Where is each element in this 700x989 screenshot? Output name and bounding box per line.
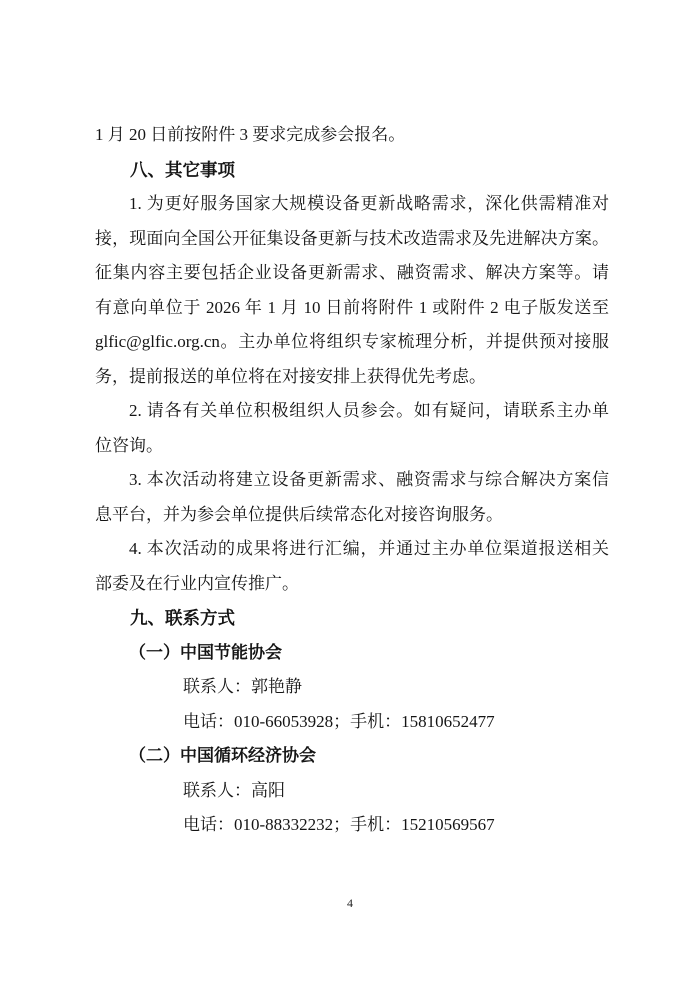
continuation-line: 1 月 20 日前按附件 3 要求完成参会报名。 xyxy=(95,118,609,153)
paragraph-1-line: 1. 为更好服务国家大规模设备更新战略需求，深化供需精准对 xyxy=(95,187,609,222)
page-number: 4 xyxy=(0,896,700,911)
contact-person: 联系人：郭艳静 xyxy=(95,670,609,705)
document-body: 1 月 20 日前按附件 3 要求完成参会报名。 八、其它事项 1. 为更好服务… xyxy=(95,118,609,843)
paragraph-1-line: 务，提前报送的单位将在对接安排上获得优先考虑。 xyxy=(95,360,609,395)
paragraph-2-line: 位咨询。 xyxy=(95,429,609,464)
paragraph-1-line: 征集内容主要包括企业设备更新需求、融资需求、解决方案等。请 xyxy=(95,256,609,291)
contact-org-name: （一）中国节能协会 xyxy=(95,636,609,671)
contact-phone: 电话：010-88332232；手机：15210569567 xyxy=(95,808,609,843)
paragraph-3-line: 息平台，并为参会单位提供后续常态化对接咨询服务。 xyxy=(95,498,609,533)
paragraph-4-line: 部委及在行业内宣传推广。 xyxy=(95,567,609,602)
contact-phone: 电话：010-66053928；手机：15810652477 xyxy=(95,705,609,740)
paragraph-3-line: 3. 本次活动将建立设备更新需求、融资需求与综合解决方案信 xyxy=(95,463,609,498)
document-page: 1 月 20 日前按附件 3 要求完成参会报名。 八、其它事项 1. 为更好服务… xyxy=(0,0,700,989)
paragraph-2-line: 2. 请各有关单位积极组织人员参会。如有疑问，请联系主办单 xyxy=(95,394,609,429)
contact-person: 联系人：高阳 xyxy=(95,774,609,809)
section-heading-other-matters: 八、其它事项 xyxy=(95,153,609,188)
section-heading-contact-info: 九、联系方式 xyxy=(95,601,609,636)
paragraph-1-line: glfic@glfic.org.cn。主办单位将组织专家梳理分析，并提供预对接服 xyxy=(95,325,609,360)
paragraph-1-line: 接，现面向全国公开征集设备更新与技术改造需求及先进解决方案。 xyxy=(95,222,609,257)
paragraph-1-line: 有意向单位于 2026 年 1 月 10 日前将附件 1 或附件 2 电子版发送… xyxy=(95,291,609,326)
contact-org-name: （二）中国循环经济协会 xyxy=(95,739,609,774)
paragraph-4-line: 4. 本次活动的成果将进行汇编，并通过主办单位渠道报送相关 xyxy=(95,532,609,567)
